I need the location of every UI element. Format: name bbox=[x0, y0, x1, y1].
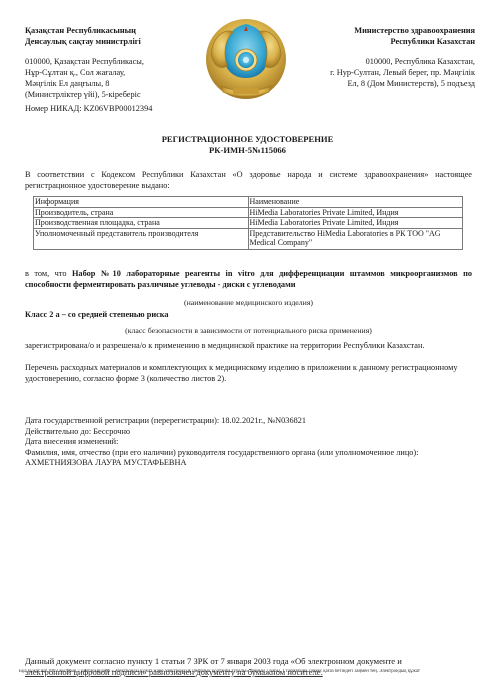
risk-class: Класс 2 а – со средней степенью риска bbox=[25, 310, 472, 321]
risk-class-caption: (класс безопасности в зависимости от пот… bbox=[25, 326, 472, 337]
table-cell: Представительство HiMedia Laboratories в… bbox=[248, 228, 463, 249]
table-cell: Наименование bbox=[248, 197, 463, 208]
valid-until: Действительно до: Бессрочно bbox=[25, 427, 472, 438]
consumables-text: Перечень расходных материалов и комплект… bbox=[25, 363, 465, 384]
org-name-ru-line2: Республики Казахстан bbox=[255, 36, 475, 47]
table-cell: HiMedia Laboratories Private Limited, Ин… bbox=[248, 218, 463, 229]
product-prefix: в том, что bbox=[25, 269, 72, 278]
certificate-number: РК-ИМН-5№115066 bbox=[0, 145, 495, 156]
table-cell: HiMedia Laboratories Private Limited, Ин… bbox=[248, 207, 463, 218]
intro-paragraph: В соответствии с Кодексом Республики Каз… bbox=[25, 170, 472, 191]
info-table: Информация Наименование Производитель, с… bbox=[33, 196, 463, 250]
table-cell: Информация bbox=[34, 197, 249, 208]
registration-text: зарегистрирована/о и разрешена/о к приме… bbox=[25, 341, 445, 352]
address-kz-line3: Мәңгілік Ел даңғылы, 8 bbox=[25, 78, 205, 89]
table-row: Производственная площадка, страна HiMedi… bbox=[34, 218, 463, 229]
address-kz-line4: (Министрліктер үйі), 5-кіреберіс bbox=[25, 89, 205, 100]
table-cell: Производственная площадка, страна bbox=[34, 218, 249, 229]
changes-date: Дата внесения изменений: bbox=[25, 437, 472, 448]
address-kz-line1: 010000, Қазақстан Республикасы, bbox=[25, 56, 205, 67]
product-caption: (наименование медицинского изделия) bbox=[25, 298, 472, 309]
document-title: РЕГИСТРАЦИОННОЕ УДОСТОВЕРЕНИЕ РК-ИМН-5№1… bbox=[0, 134, 495, 156]
address-ru-line2: г. Нур-Султан, Левый берег, пр. Мәңгілік bbox=[255, 67, 475, 78]
footer-ru-line1: Данный документ согласно пункту 1 статьи… bbox=[25, 656, 495, 667]
table-header-row: Информация Наименование bbox=[34, 197, 463, 208]
header-left-block: Қазақстан Республикасының Денсаулық сақт… bbox=[25, 25, 205, 114]
footer-kz-line: Бұл құжат ҚР 2003 жылдың 7 қаңтарындағы … bbox=[19, 669, 495, 675]
address-ru-line3: Ел, 8 (Дом Министерств), 5 подъезд bbox=[255, 78, 475, 89]
table-row: Уполномоченный представитель производите… bbox=[34, 228, 463, 249]
header-right-block: Министерство здравоохранения Республики … bbox=[255, 25, 475, 89]
address-ru-line1: 010000, Республика Казахстан, bbox=[255, 56, 475, 67]
nikad-number: Номер НИКАД: KZ06VBP00012394 bbox=[25, 103, 205, 114]
registration-date: Дата государственной регистрации (перере… bbox=[25, 416, 472, 427]
table-cell: Уполномоченный представитель производите… bbox=[34, 228, 249, 249]
details-block: Дата государственной регистрации (перере… bbox=[25, 416, 472, 469]
table-row: Производитель, страна HiMedia Laboratori… bbox=[34, 207, 463, 218]
address-kz-line2: Нұр-Сұлтан қ., Сол жағалау, bbox=[25, 67, 205, 78]
product-paragraph: в том, что Набор №10 лабораторные реаген… bbox=[25, 269, 472, 290]
product-name: Набор №10 лабораторные реагенты in vitro… bbox=[25, 269, 472, 289]
title-line1: РЕГИСТРАЦИОННОЕ УДОСТОВЕРЕНИЕ bbox=[0, 134, 495, 145]
org-name-kz-line1: Қазақстан Республикасының bbox=[25, 25, 205, 36]
head-of-agency: Фамилия, имя, отчество (при его наличии)… bbox=[25, 448, 455, 469]
table-cell: Производитель, страна bbox=[34, 207, 249, 218]
org-name-ru-line1: Министерство здравоохранения bbox=[255, 25, 475, 36]
org-name-kz-line2: Денсаулық сақтау министрлігі bbox=[25, 36, 205, 47]
